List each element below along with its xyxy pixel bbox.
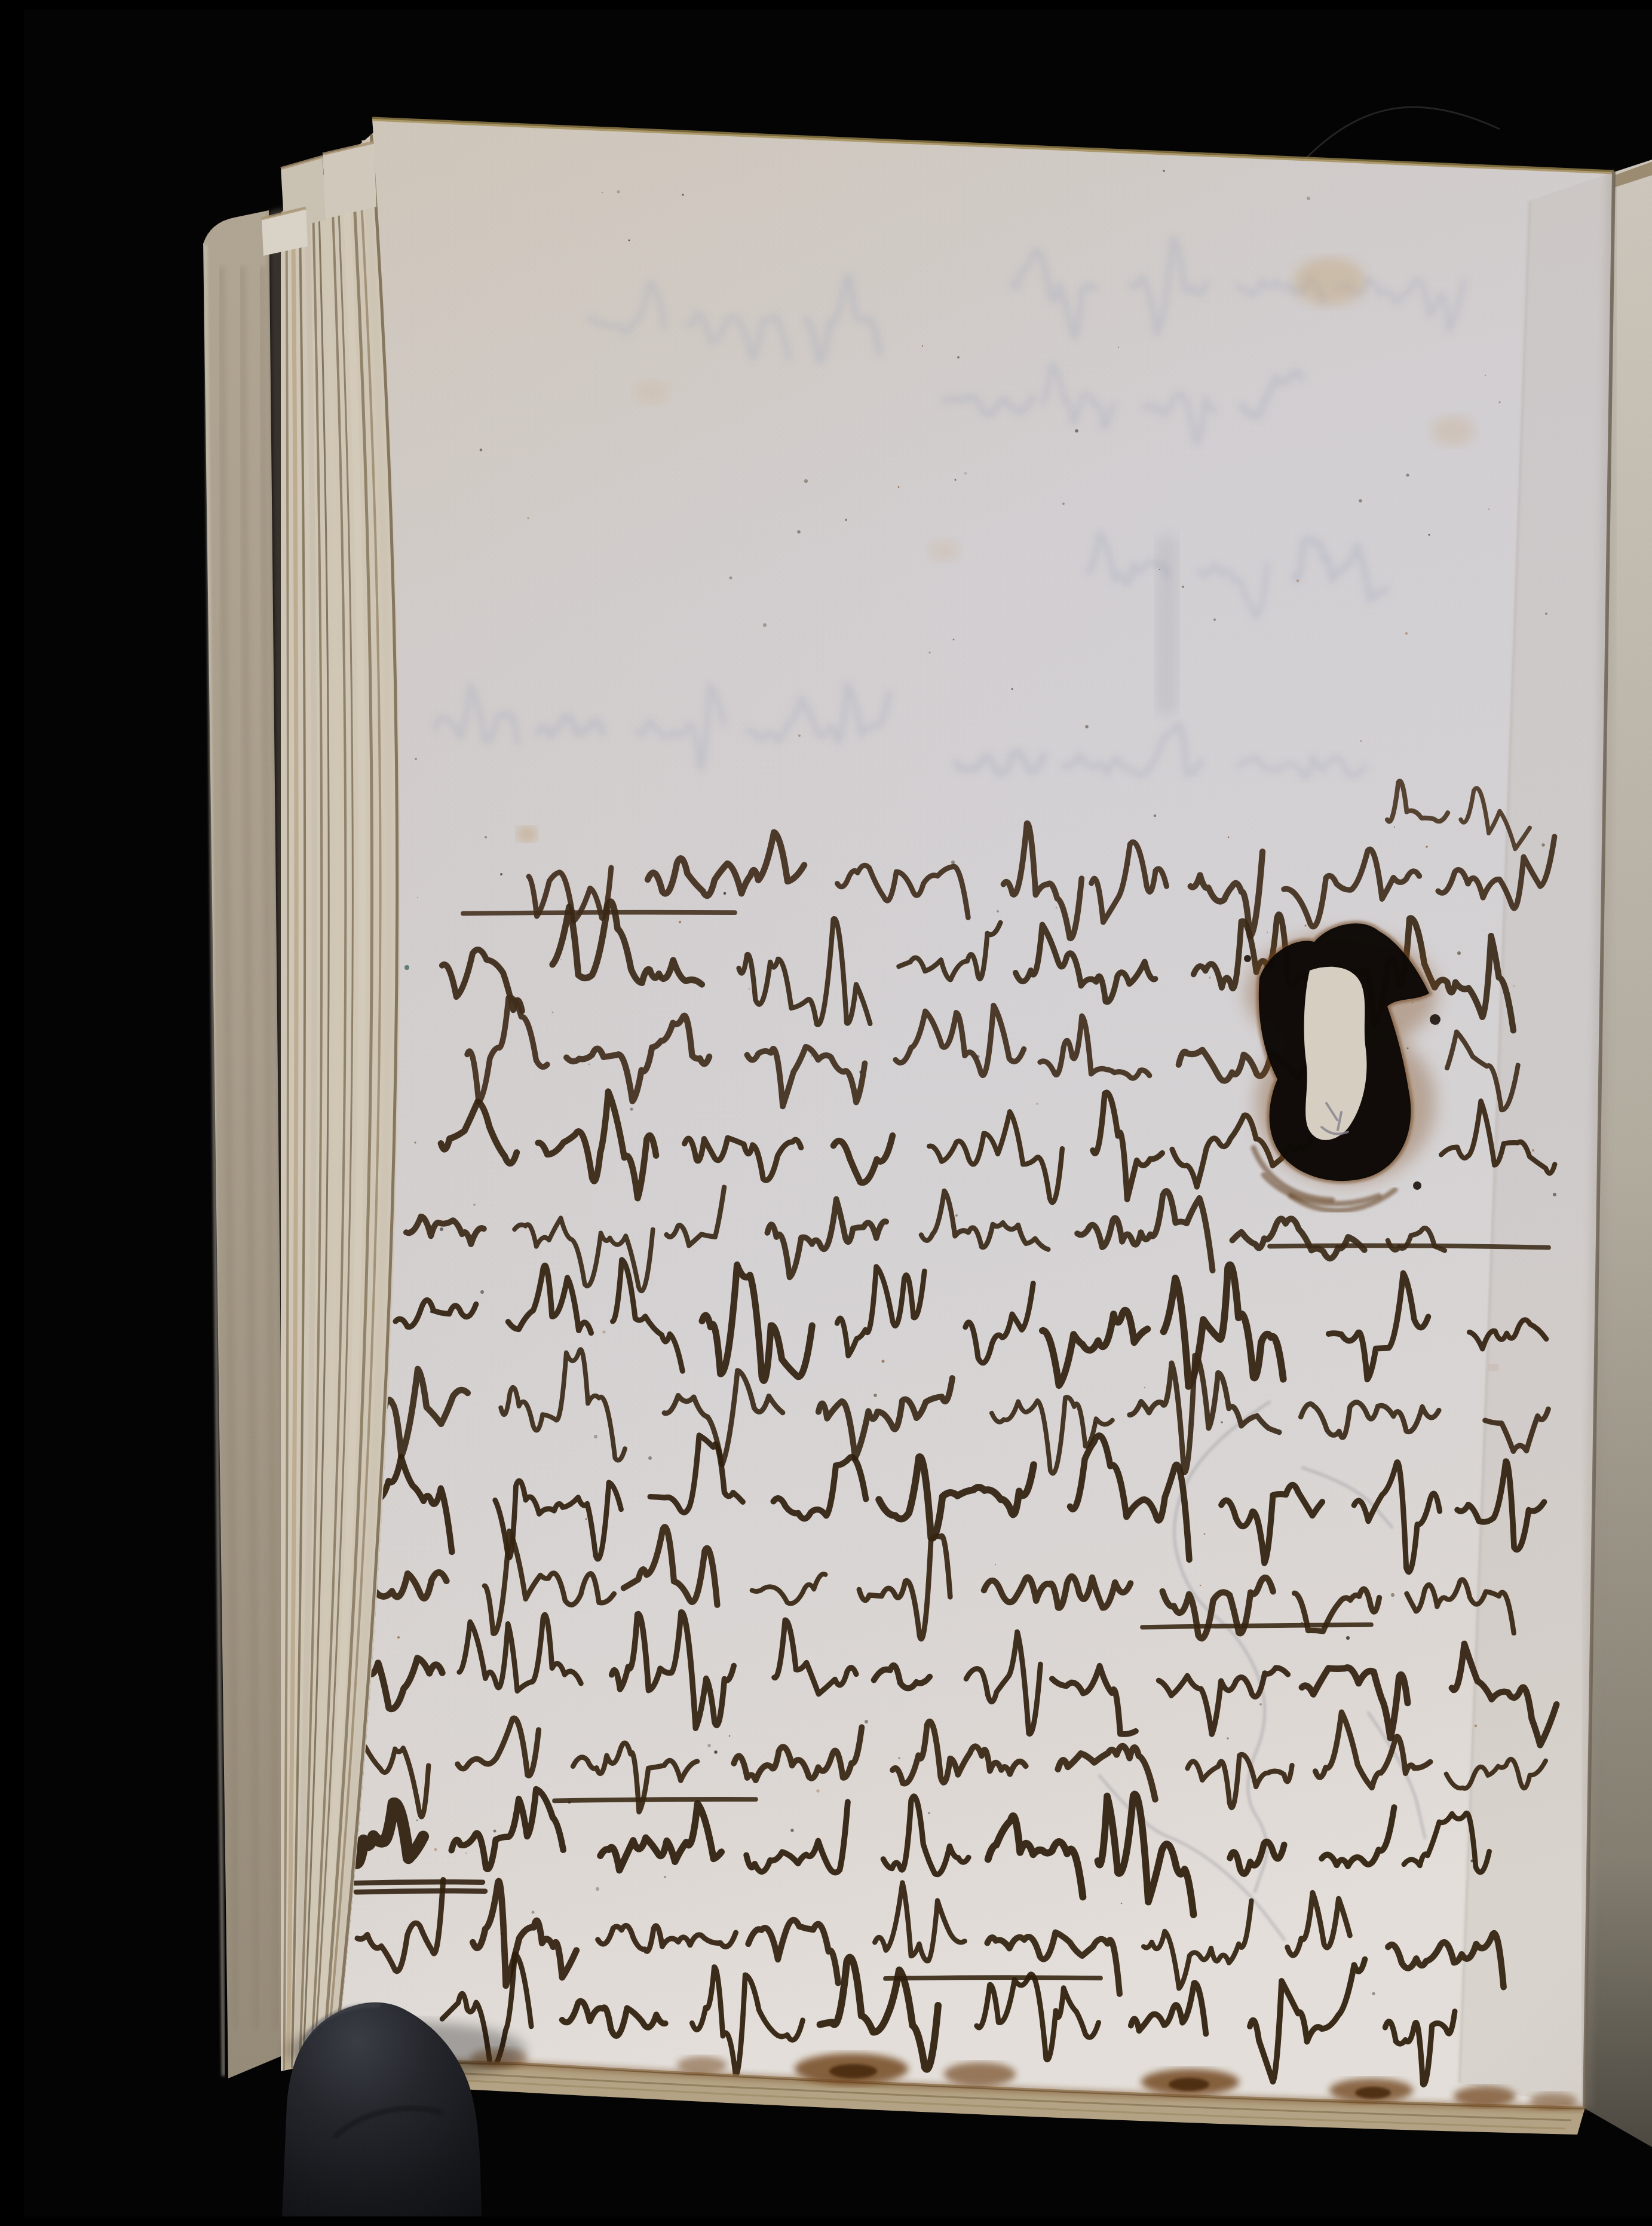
manuscript-photo-canvas (24, 10, 1652, 2216)
manuscript-photo: Photograph of an antique manuscript note… (24, 10, 1652, 2216)
